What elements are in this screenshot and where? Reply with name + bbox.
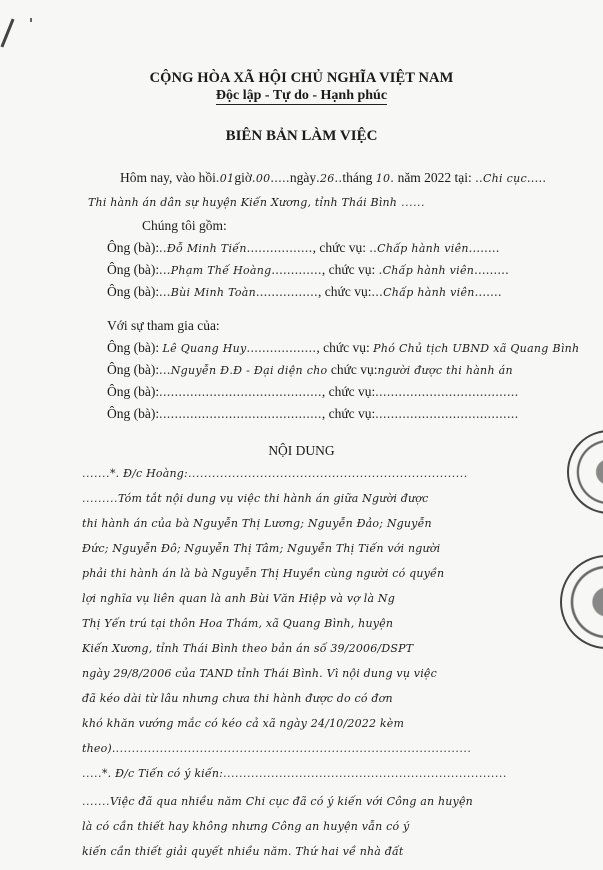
member-row: Ông (bà):...Bùi Minh Toàn...............… [107, 284, 502, 300]
content-line: thi hành án của bà Nguyễn Thị Lương; Ngu… [82, 517, 547, 530]
content-line: phải thi hành án là bà Nguyễn Thị Huyền … [82, 567, 547, 580]
intro-line: Hôm nay, vào hồi.01giờ.00.....ngày.26..t… [120, 170, 546, 186]
content-line: .......*. Đ/c Hoàng:....................… [82, 467, 547, 480]
content-line: lợi nghĩa vụ liên quan là anh Bùi Văn Hi… [82, 592, 547, 605]
document-title: BIÊN BẢN LÀM VIỆC [0, 128, 603, 145]
motto: Độc lập - Tự do - Hạnh phúc [0, 88, 603, 104]
content-line: là có cần thiết hay không nhưng Công an … [82, 820, 547, 833]
content-line: khó khăn vướng mắc có kéo cả xã ngày 24/… [82, 717, 547, 730]
participant-row: Ông (bà):...Nguyễn Đ.Đ - Đại diện cho ch… [107, 362, 513, 378]
day-value: 26 [320, 172, 335, 185]
member-row: Ông (bà):...Phạm Thế Hoàng.............,… [107, 262, 509, 278]
content-line: Thị Yến trú tại thôn Hoa Thám, xã Quang … [82, 617, 547, 630]
content-line: Kiến Xương, tỉnh Thái Bình theo bản án s… [82, 642, 547, 655]
participant-row: Ông (bà): Lê Quang Huy..................… [107, 340, 579, 356]
participant-row: Ông (bà):...............................… [107, 384, 519, 400]
content-line: .........Tóm tắt nội dung vụ việc thi hà… [82, 492, 547, 505]
month-value: 10 [376, 172, 391, 185]
content-line: .....*. Đ/c Tiến có ý kiến:.............… [82, 767, 547, 780]
member-row: Ông (bà):..Đỗ Minh Tiến.................… [107, 240, 500, 256]
content-line: ngày 29/8/2006 của TAND tỉnh Thái Bình. … [82, 667, 547, 680]
content-line: .......Việc đã qua nhiều năm Chi cục đã … [82, 795, 547, 808]
content-line: đã kéo dài từ lâu nhưng chưa thi hành đư… [82, 692, 547, 705]
participant-row: Ông (bà):...............................… [107, 406, 519, 422]
location-value: Chi cục [483, 172, 527, 185]
content-heading: NỘI DUNG [0, 443, 603, 459]
pen-mark [30, 18, 32, 22]
participants-label: Với sự tham gia của: [107, 318, 220, 334]
content-line: theo)...................................… [82, 742, 547, 755]
members-label: Chúng tôi gồm: [142, 218, 227, 234]
document-page: CỘNG HÒA XÃ HỘI CHỦ NGHĨA VIỆT NAM Độc l… [0, 0, 603, 870]
content-line: Đức; Nguyễn Đô; Nguyễn Thị Tâm; Nguyễn T… [82, 542, 547, 555]
location-line: Thi hành án dân sự huyện Kiến Xương, tỉn… [88, 196, 553, 209]
hour-value: 01 [220, 172, 235, 185]
content-line: kiến cần thiết giải quyết nhiều năm. Thứ… [82, 845, 547, 858]
national-title: CỘNG HÒA XÃ HỘI CHỦ NGHĨA VIỆT NAM [0, 70, 603, 87]
official-stamp [560, 555, 603, 649]
pen-mark [0, 19, 14, 48]
minute-value: 00 [256, 172, 271, 185]
